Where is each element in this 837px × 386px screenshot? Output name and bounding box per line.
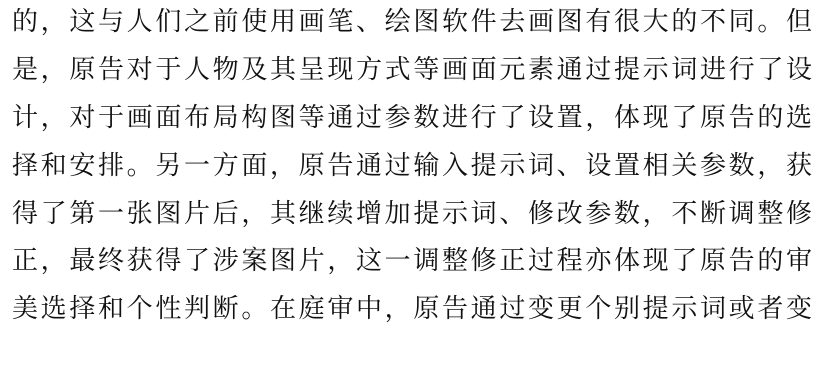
text-line-7: 美选择和个性判断。在庭审中，原告通过变更个别提示词或者变 (12, 289, 812, 329)
text-line-4: 择和安排。另一方面，原告通过输入提示词、设置相关参数，获 (12, 146, 812, 186)
text-line-1: 的，这与人们之前使用画笔、绘图软件去画图有很大的不同。但 (12, 2, 812, 42)
text-line-3: 计，对于画面布局构图等通过参数进行了设置，体现了原告的选 (12, 98, 812, 138)
text-line-2: 是，原告对于人物及其呈现方式等画面元素通过提示词进行了设 (12, 50, 812, 90)
text-line-5: 得了第一张图片后，其继续增加提示词、修改参数，不断调整修 (12, 194, 812, 234)
document-page: 的，这与人们之前使用画笔、绘图软件去画图有很大的不同。但 是，原告对于人物及其呈… (12, 0, 812, 386)
text-line-6: 正，最终获得了涉案图片，这一调整修正过程亦体现了原告的审 (12, 241, 812, 281)
